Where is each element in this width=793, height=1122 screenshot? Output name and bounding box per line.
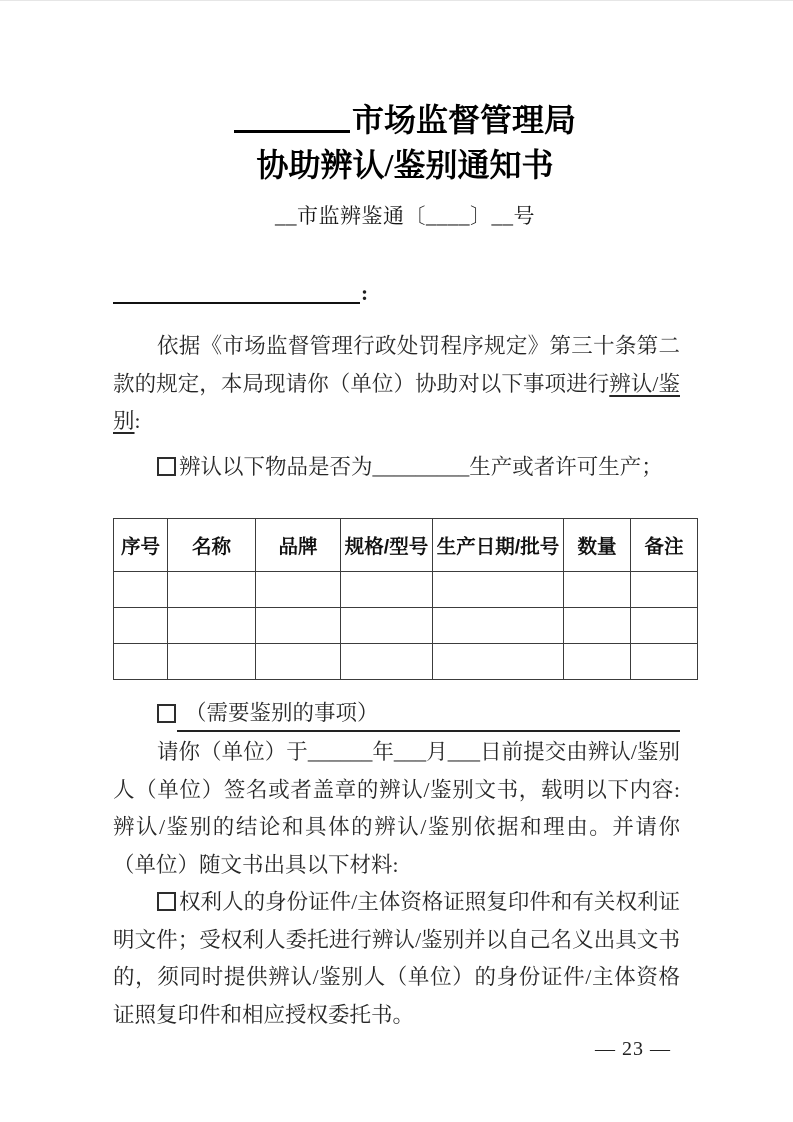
table-column-header: 生产日期/批号	[433, 519, 564, 572]
option-identify-text: 辨认以下物品是否为_________生产或者许可生产；	[179, 455, 663, 479]
addressee-colon: :	[361, 281, 368, 305]
items-table: 序号名称品牌规格/型号生产日期/批号数量备注	[113, 518, 698, 680]
table-cell	[114, 644, 168, 680]
table-column-header: 数量	[564, 519, 631, 572]
title-line-document-name: 协助辨认/鉴别通知书	[113, 143, 697, 188]
table-cell	[433, 572, 564, 608]
paragraph-submission: 请你（单位）于______年___月___日前提交由辨认/鉴别人（单位）签名或者…	[113, 734, 680, 884]
addressee-line: :	[113, 274, 697, 312]
content-column: 市场监督管理局 协助辨认/鉴别通知书 __市监辨鉴通〔____〕__号 : 依据…	[113, 1, 697, 1034]
blank-field-authority-name	[234, 126, 350, 133]
checkbox-identify	[157, 457, 176, 476]
table-cell	[256, 608, 341, 644]
table-cell	[564, 572, 631, 608]
paragraph-legal-basis: 依据《市场监督管理行政处罚程序规定》第三十条第二款的规定，本局现请你（单位）协助…	[113, 328, 680, 441]
table-cell	[114, 572, 168, 608]
table-cell	[168, 572, 256, 608]
option-identify-line: 辨认以下物品是否为_________生产或者许可生产；	[157, 449, 680, 487]
blank-field-addressee	[113, 298, 360, 304]
table-cell	[341, 644, 433, 680]
table-row	[114, 608, 698, 644]
table-cell	[631, 608, 698, 644]
paragraph-legal-basis-colon: :	[135, 409, 141, 433]
title-authority-suffix: 市场监督管理局	[352, 102, 576, 138]
table-cell	[168, 608, 256, 644]
table-column-header: 备注	[631, 519, 698, 572]
table-cell	[631, 644, 698, 680]
option-appraise-label: （需要鉴别的事项）	[177, 697, 381, 732]
table-cell	[564, 608, 631, 644]
table-row	[114, 572, 698, 608]
table-column-header: 序号	[114, 519, 168, 572]
table-cell	[341, 608, 433, 644]
table-column-header: 名称	[168, 519, 256, 572]
blank-field-appraise-items	[381, 697, 680, 732]
option-appraise-line: （需要鉴别的事项）	[157, 697, 680, 734]
document-page: 市场监督管理局 协助辨认/鉴别通知书 __市监辨鉴通〔____〕__号 : 依据…	[0, 0, 793, 1122]
checkbox-appraise	[157, 704, 176, 723]
doc-number-line: __市监辨鉴通〔____〕__号	[113, 200, 697, 230]
table-cell	[256, 572, 341, 608]
title-line-authority: 市场监督管理局	[113, 98, 697, 143]
table-cell	[341, 572, 433, 608]
paragraph-materials: 权利人的身份证件/主体资格证照复印件和有关权利证明文件；受权利人委托进行辨认/鉴…	[113, 884, 680, 1034]
table-cell	[114, 608, 168, 644]
table-cell	[256, 644, 341, 680]
table-row	[114, 644, 698, 680]
document-title-block: 市场监督管理局 协助辨认/鉴别通知书	[113, 1, 697, 188]
table-column-header: 品牌	[256, 519, 341, 572]
table-cell	[631, 572, 698, 608]
table-cell	[433, 644, 564, 680]
checkbox-materials	[157, 892, 176, 911]
table-cell	[168, 644, 256, 680]
table-header-row: 序号名称品牌规格/型号生产日期/批号数量备注	[114, 519, 698, 572]
table-cell	[564, 644, 631, 680]
paragraph-legal-basis-text: 依据《市场监督管理行政处罚程序规定》第三十条第二款的规定，本局现请你（单位）协助…	[113, 334, 680, 396]
table-column-header: 规格/型号	[341, 519, 433, 572]
page-number: — 23 —	[595, 1038, 671, 1061]
paragraph-materials-text: 权利人的身份证件/主体资格证照复印件和有关权利证明文件；受权利人委托进行辨认/鉴…	[113, 890, 680, 1027]
table-cell	[433, 608, 564, 644]
